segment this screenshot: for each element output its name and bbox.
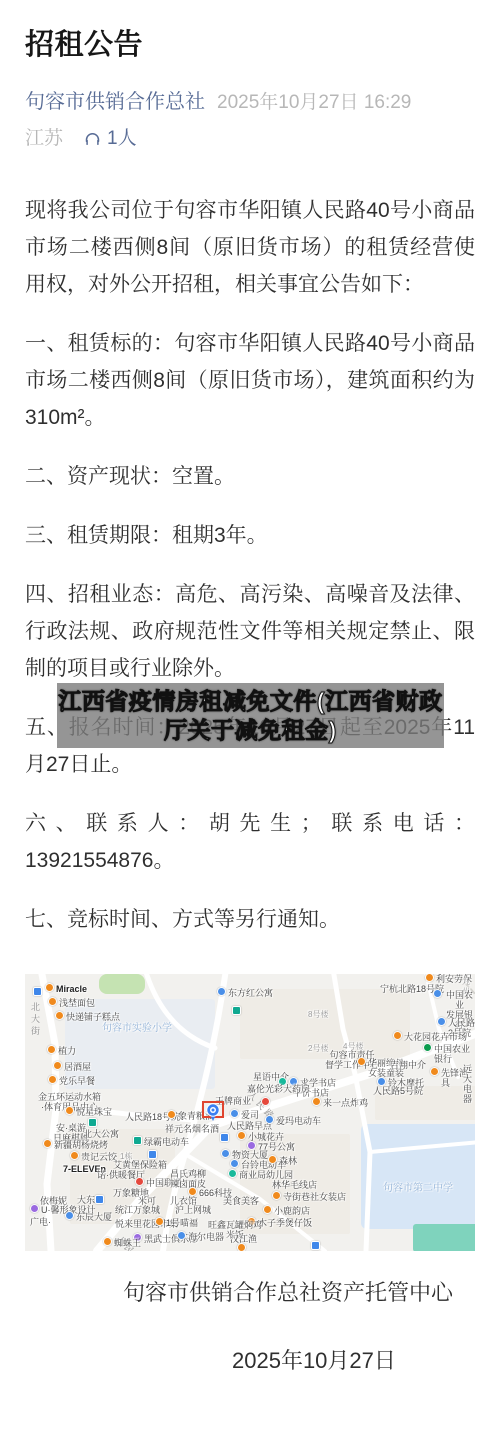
bus-poi-icon [220,1133,229,1142]
map-poi: 商业局幼儿园 [228,1170,293,1180]
map-poi-label: 昌氏鸡柳 辣卤面皮 [170,1169,206,1189]
map-poi: 艾黄堡保险箱 [113,1160,167,1170]
location-pin-icon [205,1103,221,1123]
bus-poi-icon [95,1195,104,1204]
map-poi-label: 商业局幼儿园 [239,1170,293,1180]
target-location-marker[interactable] [202,1101,224,1118]
map-poi: 小城花卉 [237,1132,284,1142]
map-poi: 统江万象城 [115,1205,160,1215]
map-poi-label: 美食美客 [223,1196,259,1206]
headphones-icon [83,130,102,148]
map-poi-label: 木子季煲仔饭 [258,1218,312,1228]
map-poi-label: 艾黄堡保险箱 [113,1160,167,1170]
orange-poi-icon [65,1106,74,1115]
paragraph-4: 四、招租业态：高危、高污染、高噪音及法律、行政法规、政府规范性文件等相关规定禁止… [25,576,475,687]
map-poi-label: 人民路5号院 [373,1086,423,1096]
map-poi-label: 统江万象城 [115,1205,160,1215]
map-poi: 植力 [47,1046,76,1056]
map-poi-label: 吉翔中介 [390,1060,426,1070]
map-poi-label: 寺街巷社女装店 [283,1192,346,1202]
listener-count: 1人 [107,128,137,150]
map-poi [220,1134,229,1142]
listen-button[interactable]: 1人 [83,128,137,150]
map-poi-label: 远大电器 [463,1064,475,1104]
map-poi-label: 快递铺子糕点 [66,1012,120,1022]
metro-poi-icon [133,1136,142,1145]
map-poi: 人民路5号院 [373,1086,423,1096]
map-poi-label: 森林 [279,1156,297,1166]
map-poi: 句容市第二中学 [383,1184,453,1194]
map-poi: 句容市实验小学 [102,1024,172,1034]
blue-poi-icon [377,1077,386,1086]
orange-poi-icon [47,1045,56,1054]
meta-line: 江苏 1人 [25,128,475,150]
map-poi-label: Miracle [56,984,87,994]
orange-poi-icon [155,1217,164,1226]
map-poi-label: 大东 [77,1195,95,1205]
map-poi: 东辰大厦 [65,1212,112,1222]
orange-poi-icon [425,974,434,982]
map-poi [88,1119,97,1127]
map-poi-label: 来一点炸鸡 [323,1098,368,1108]
map-poi-label: 大花园花卉市场 [404,1032,467,1042]
map-poi-label: 新疆胡杨烧烤 [54,1140,108,1150]
blue-poi-icon [230,1159,239,1168]
blue-poi-icon [221,1149,230,1158]
map-poi: 1号喵福 [155,1218,198,1228]
orange-poi-icon [357,1057,366,1066]
map-poi-label: 北大公寓 [83,1129,119,1139]
blue-poi-icon [437,1017,446,1026]
purple-poi-icon [30,1204,39,1213]
bus-poi-icon [33,987,42,996]
green-poi-icon [423,1043,432,1052]
map-poi: 蜘蛛王 [103,1238,141,1248]
author-link[interactable]: 句容市供销合作总社 [25,90,205,114]
paragraph-intro: 现将我公司位于句容市华阳镇人民路40号小商品市场二楼西侧8间（原旧货市场）的租赁… [25,192,475,303]
map-poi: 绿霸电动车 [133,1137,189,1147]
red-poi-icon [135,1177,144,1186]
orange-poi-icon [237,1243,246,1251]
map-poi-label: 中国农业银行 [434,1044,475,1064]
map-poi: 北大公寓 [83,1129,119,1139]
orange-poi-icon [53,1061,62,1070]
orange-poi-icon [48,1075,57,1084]
orange-poi-icon [312,1097,321,1106]
map-poi [148,1151,157,1159]
paragraph-6: 六、联系人：胡先生；联系电话：13921554876。 [25,805,475,879]
red-poi-icon [261,1097,270,1106]
map-poi [261,1098,270,1106]
map-poi-label: 8号楼 [308,1010,328,1020]
map-poi: 浅埜面包 [48,998,95,1008]
bus-poi-icon [311,1241,320,1250]
map-poi: 新疆胡杨烧烤 [43,1140,108,1150]
map-poi: 大东 [77,1195,95,1205]
orange-poi-icon [70,1151,79,1160]
orange-poi-icon [268,1155,277,1164]
map-poi-label: 爱玛电动车 [276,1116,321,1126]
map-poi: 昌氏鸡柳 辣卤面皮 [170,1169,206,1189]
article-page: 招租公告 句容市供销合作总社 2025年10月27日 16:29 江苏 1人 现… [0,0,500,1431]
metro-poi-icon [232,1006,241,1015]
map-poi [237,1244,246,1251]
orange-poi-icon [272,1191,281,1200]
map-poi: 美食美客 [223,1196,259,1206]
map-poi-label: 绿霸电动车 [144,1137,189,1147]
blue-poi-icon [230,1109,239,1118]
orange-poi-icon [237,1131,246,1140]
map-poi: 东方红公寓 [217,988,273,998]
signature-date: 2025年10月27日 [232,1345,475,1377]
map-poi: 贵记云饺 [70,1152,117,1162]
map-poi: 快递铺子糕点 [55,1012,120,1022]
map-poi: 爱玛电动车 [265,1116,321,1126]
map-poi: 中国农业银行 [423,1044,475,1064]
map-poi-label: 嘉伦光彩大药房 [247,1084,310,1094]
map-poi [232,1007,241,1015]
map-poi: 党乐早餐 [48,1076,95,1086]
map-poi-label: 沪上网城 [175,1205,211,1215]
map-poi-label: 句容市第二中学 [383,1184,453,1194]
blue-poi-icon [177,1231,186,1240]
metro-poi-icon [88,1118,97,1127]
orange-poi-icon [45,983,54,992]
map-poi-label: 悦星珠宝 [76,1107,112,1117]
map-image[interactable]: 北大街人民路人民路Miracle浅埜面包快递铺子糕点句容市实验小学东方红公寓8号… [25,974,475,1251]
map-poi-label: 句容市实验小学 [102,1024,172,1034]
paragraph-1: 一、租赁标的：句容市华阳镇人民路40号小商品市场二楼西侧8间（原旧货市场），建筑… [25,325,475,436]
watermark-overlay: 江西省疫情房租减免文件(江西省财政厅关于减免租金) [57,683,444,748]
map-poi: 悦星珠宝 [65,1107,112,1117]
map-poi: 小鹿韵店 [263,1206,310,1216]
map-poi: 8号楼 [308,1010,328,1020]
map-poi-label: 林华毛线店 [272,1180,317,1190]
map-poi-label: 小鹿韵店 [274,1206,310,1216]
teal-poi-icon [228,1169,237,1178]
location-label: 江苏 [25,128,63,150]
map-poi-label: 东辰大厦 [76,1212,112,1222]
map-poi-label: 植力 [58,1046,76,1056]
map-poi-label: 物资大厦 [232,1150,268,1160]
page-title: 招租公告 [25,27,475,63]
blue-poi-icon [65,1211,74,1220]
map-poi: 嘉伦光彩大药房 [247,1084,310,1094]
orange-poi-icon [55,1011,64,1020]
map-poi: Miracle [45,984,87,994]
map-poi: 寺街巷社女装店 [272,1192,346,1202]
blue-poi-icon [217,987,226,996]
map-poi: 远大电器 [463,1064,475,1104]
map-poi: 物资大厦 [221,1150,268,1160]
map-poi: 来一点炸鸡 [312,1098,368,1108]
map-poi-label: 蜘蛛王 [114,1238,141,1248]
blue-poi-icon [433,989,442,998]
map-poi-label: 贵记云饺 [81,1152,117,1162]
map-poi-label: 爱司 [241,1110,259,1120]
paragraph-7: 七、竞标时间、方式等另行通知。 [25,901,475,938]
map-poi [95,1196,104,1204]
purple-poi-icon [247,1141,256,1150]
publish-datetime: 2025年10月27日 16:29 [217,91,411,115]
orange-poi-icon [393,1031,402,1040]
map-poi-label: 东方红公寓 [228,988,273,998]
map-poi: 祥元名烟名酒 [165,1124,219,1134]
map-poi-label: 浅埜面包 [59,998,95,1008]
map-poi-label: 祥元名烟名酒 [165,1124,219,1134]
map-poi: 林华毛线店 [272,1180,317,1190]
map-poi: 爱司 [230,1110,259,1120]
paragraph-3: 三、租赁期限：租期3年。 [25,517,475,554]
byline: 句容市供销合作总社 2025年10月27日 16:29 [25,90,475,115]
signature-org: 句容市供销合作总社资产托管中心 [123,1277,475,1309]
map-poi: 海尔电器 [177,1232,224,1242]
orange-poi-icon [48,997,57,1006]
map-poi-label: 1号喵福 [166,1218,198,1228]
map-poi-label: 居酒屋 [64,1062,91,1072]
article-body: 现将我公司位于句容市华阳镇人民路40号小商品市场二楼西侧8间（原旧货市场）的租赁… [25,192,475,938]
map-poi: 居酒屋 [53,1062,91,1072]
orange-poi-icon [188,1187,197,1196]
orange-poi-icon [43,1139,52,1148]
map-poi: 森林 [268,1156,297,1166]
orange-poi-icon [430,1067,439,1076]
orange-poi-icon [103,1237,112,1246]
map-poi-label: 党乐早餐 [59,1076,95,1086]
orange-poi-icon [263,1205,272,1214]
paragraph-2: 二、资产现状：空置。 [25,458,475,495]
street-label: 北大街 [29,1002,42,1038]
map-poi-label: 广电· [30,1217,51,1227]
blue-poi-icon [265,1115,274,1124]
map-poi [311,1242,320,1250]
map-poi: 吉翔中介 [390,1060,426,1070]
orange-poi-icon [167,1110,176,1119]
map-poi [33,988,42,996]
map-poi-label: 海尔电器 [188,1232,224,1242]
map-poi: 大花园花卉市场 [393,1032,467,1042]
map-poi: 沪上网城 [175,1205,211,1215]
map-poi: 广电· [30,1217,51,1227]
bus-poi-icon [148,1150,157,1159]
